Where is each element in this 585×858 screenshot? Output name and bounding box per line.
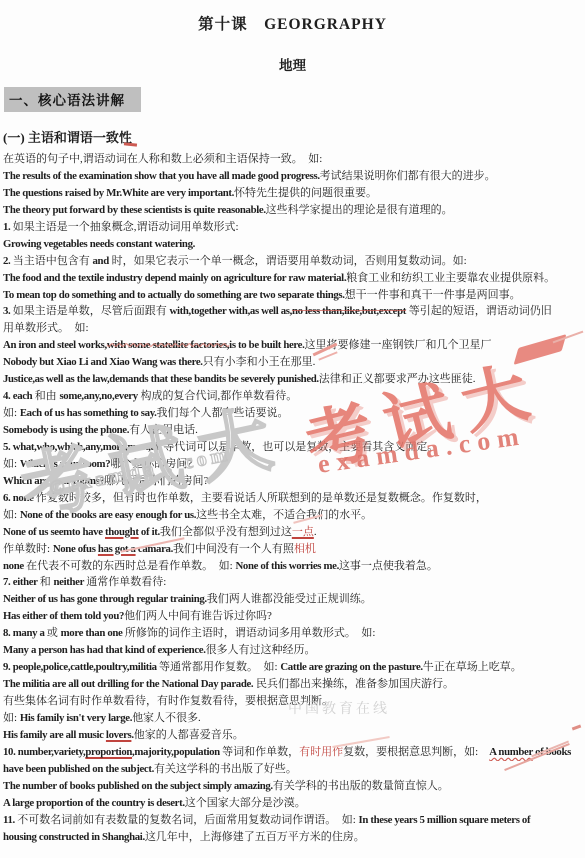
text-segment: 如: — [3, 407, 20, 419]
text-segment: 想干一件事和真干一件事是两回事。 — [345, 289, 521, 301]
text-segment: 4. each — [3, 390, 35, 402]
text-segment: 等引起的短语，谓语动词仍旧 — [406, 305, 552, 317]
body-lines: 在英语的句子中,谓语动词在人称和数上必须和主语保持一致。 如:The resul… — [3, 151, 583, 845]
text-segment: 他们两人中间有谁告诉过你吗? — [124, 610, 272, 622]
text-line: The questions raised by Mr.White are ver… — [3, 185, 583, 202]
text-line: 如: Each of us has something to say.我们每个人… — [3, 405, 583, 422]
text-segment: Many a person has had that kind of exper… — [3, 644, 206, 656]
text-segment: 5. what,who,which,any,more,most,all — [3, 441, 163, 453]
text-segment: 我们全都似乎没有想到过这 — [160, 526, 292, 538]
text-segment: 如果主语是一个抽象概念,谓语动词用单数形式: — [13, 221, 239, 233]
text-segment: 3. — [3, 305, 13, 317]
text-line: housing constructed in Shanghai.这几年中，上海修… — [3, 829, 583, 846]
text-segment: The results of the examination show that… — [3, 170, 320, 182]
text-segment: 或 — [47, 627, 61, 639]
text-segment: 在代表不可数的东西时总是看作单数。 如: — [26, 560, 235, 572]
text-segment: A number — [489, 746, 533, 758]
text-segment: with,together with,as well as, — [170, 305, 292, 317]
text-line: 作单数时: None ofus has got a camara.我们中间没有一… — [3, 541, 583, 558]
text-segment: 和由 — [35, 390, 60, 402]
text-line: Neither of us has gone through regular t… — [3, 591, 583, 608]
text-segment: . — [314, 526, 317, 538]
text-segment: 作复数时较多，但有时也作单数，主要看说话人所联想到的是单数还是复数概念。作复数时… — [36, 492, 487, 504]
text-segment: 我们两人谁都没能受过正规训练。 — [207, 593, 372, 605]
text-segment: 有时用作 — [299, 746, 343, 758]
text-segment: A large proportion of the country is des… — [3, 797, 185, 809]
text-segment: 等通常都用作复数。 如: — [159, 661, 280, 673]
text-line: An iron and steel works,with some statel… — [3, 337, 583, 354]
text-segment: His family isn't very large. — [20, 712, 132, 724]
text-segment: 我们每个人都有些话要说。 — [157, 407, 289, 419]
text-line: The militia are all out drilling for the… — [3, 676, 583, 693]
text-segment: The militia are all out drilling for the… — [3, 678, 253, 690]
text-segment: 等代词可以是单数，也可以是复数，主要看其含义而定。 — [163, 441, 438, 453]
text-segment: and — [93, 255, 109, 267]
text-segment: camara. — [136, 543, 173, 555]
text-line: 如: None of the books are easy enough for… — [3, 507, 583, 524]
text-line: The number of books published on the sub… — [3, 778, 583, 795]
text-segment: 这个国家大部分是沙漠。 — [185, 797, 306, 809]
text-segment: None of this worries me. — [235, 560, 338, 572]
text-segment: None of the books are easy enough for us… — [20, 509, 196, 521]
text-line: 5. what,who,which,any,more,most,all 等代词可… — [3, 439, 583, 456]
text-segment: An iron and steel works, — [3, 339, 107, 351]
text-segment: 一点 — [292, 526, 314, 538]
text-segment: 他家的人都喜爱音乐。 — [134, 729, 244, 741]
text-segment: 11. — [3, 814, 17, 826]
text-line: 6. none 作复数时较多，但有时也作单数，主要看说话人所联想到的是单数还是复… — [3, 490, 583, 507]
text-segment: Cattle are grazing on the pasture. — [280, 661, 422, 673]
text-line: 如: Which is your room?哪个是你的房间? — [3, 456, 583, 473]
text-segment: 用单数形式。 如: — [3, 322, 89, 334]
text-line: 4. each 和由 some,any,no,every 构成的复合代词,都作单… — [3, 388, 583, 405]
text-segment: Neither of us has gone through regular t… — [3, 593, 207, 605]
text-segment: 8. many a — [3, 627, 47, 639]
text-line: Nobody but Xiao Li and Xiao Wang was the… — [3, 354, 583, 371]
text-line: A large proportion of the country is des… — [3, 795, 583, 812]
text-segment: 6. none — [3, 492, 36, 504]
text-line: None of us seemto have thought of it.我们全… — [3, 524, 583, 541]
text-segment: None ofus — [53, 543, 98, 555]
text-segment: ,majority,population — [132, 746, 222, 758]
text-segment: none — [3, 560, 26, 572]
text-segment: 这些科学家提出的理论是很有道理的。 — [266, 204, 453, 216]
text-line: have been published on the subject.有关这学科… — [3, 761, 583, 778]
text-segment: Which is your room? — [20, 458, 110, 470]
text-segment: 牛正在草场上吃草。 — [423, 661, 522, 673]
text-segment: 在英语的句子中,谓语动词在人称和数上必须和主语保持一致。 如: — [3, 153, 322, 165]
text-segment: neither — [54, 576, 87, 588]
text-segment: Growing vegetables needs constant wateri… — [3, 238, 195, 250]
text-line: Growing vegetables needs constant wateri… — [3, 236, 583, 253]
text-line: none 在代表不可数的东西时总是看作单数。 如: None of this w… — [3, 558, 583, 575]
text-line: 11. 不可数名词前如有表数量的复数名词，后面常用复数动词作谓语。 如: In … — [3, 812, 583, 829]
text-line: The theory put forward by these scientis… — [3, 202, 583, 219]
text-segment: 只有小李和小王在那里. — [203, 356, 316, 368]
text-segment: have been published on the subject. — [3, 763, 154, 775]
text-line: 1. 如果主语是一个抽象概念,谓语动词用单数形式: — [3, 219, 583, 236]
text-line: Which are your rooms?哪几间是你们的房间? — [3, 473, 583, 490]
text-segment: 10. number,variety, — [3, 746, 85, 758]
text-segment: thought — [105, 526, 139, 538]
text-segment: Nobody but Xiao Li and Xiao Wang was the… — [3, 356, 203, 368]
text-segment: 有关这学科的书出版了好些。 — [154, 763, 297, 775]
text-segment: 怀特先生提供的问题很重要。 — [234, 187, 377, 199]
text-segment: no less than,like,but,except — [292, 305, 406, 317]
text-line: Many a person has had that kind of exper… — [3, 642, 583, 659]
text-line: 有些集体名词有时作单数看待，有时作复数看待，要根据意思判断。 — [3, 693, 583, 710]
text-segment: In these years 5 million square meters o… — [359, 814, 531, 826]
text-segment: To mean top do something and to actually… — [3, 289, 345, 301]
text-line: 8. many a 或 more than one 所修饰的词作主语时，谓语动词… — [3, 625, 583, 642]
text-line: 2. 当主语中包含有 and 时，如果它表示一个单一概念，谓语要用单数动词，否则… — [3, 253, 583, 270]
text-segment: 这几年中，上海修建了五百万平方米的住房。 — [145, 831, 365, 843]
text-line: The results of the examination show that… — [3, 168, 583, 185]
text-segment: lovers — [106, 729, 131, 741]
text-segment: 这事一点使我着急。 — [339, 560, 438, 572]
text-segment: more than one — [61, 627, 125, 639]
text-segment: 这里将要修建一座钢铁厂和几个卫星厂 — [304, 339, 491, 351]
text-line: 9. people,police,cattle,poultry,militia … — [3, 659, 583, 676]
text-segment: 民兵们都出来操练，准备参加国庆游行。 — [253, 678, 454, 690]
text-line: 用单数形式。 如: — [3, 320, 583, 337]
text-segment: 1. — [3, 221, 13, 233]
text-segment: 不可数名词前如有表数量的复数名词，后面常用复数动词作谓语。 如: — [17, 814, 358, 826]
text-segment: 2. — [3, 255, 13, 267]
text-segment: some,any,no,every — [59, 390, 137, 402]
text-line: To mean top do something and to actually… — [3, 287, 583, 304]
text-segment: 作单数时: — [3, 543, 53, 555]
text-segment: proportion — [85, 746, 132, 758]
text-line: 10. number,variety,proportion,majority,p… — [3, 744, 583, 761]
text-segment: His family are all music — [3, 729, 106, 741]
text-segment: housing constructed in Shanghai. — [3, 831, 145, 843]
text-segment: None of us seemto have — [3, 526, 105, 538]
text-segment: 他家人不很多. — [132, 712, 201, 724]
text-line: 在英语的句子中,谓语动词在人称和数上必须和主语保持一致。 如: — [3, 151, 583, 168]
page-title: 第十课 GEORGRAPHY — [0, 12, 585, 34]
text-segment: 时，如果它表示一个单一概念，谓语要用单数动词，否则用复数动词。如: — [109, 255, 467, 267]
text-segment: 构成的复合代词,都作单数看待。 — [138, 390, 298, 402]
text-segment: 很多人有过这种经历。 — [206, 644, 316, 656]
text-segment: 复数，要根据意思判断，如: — [343, 746, 489, 758]
text-segment: is to be built here. — [229, 339, 304, 351]
text-segment: of books — [533, 746, 571, 758]
text-segment: 有些集体名词有时作单数看待，有时作复数看待，要根据意思判断。 — [3, 695, 333, 707]
text-segment: with some statellite factories, — [107, 339, 229, 351]
text-line: The food and the textile industry depend… — [3, 270, 583, 287]
text-segment: Has either of them told you? — [3, 610, 124, 622]
text-segment: 考试结果说明你们都有很大的进步。 — [320, 170, 496, 182]
text-line: 3. 如果主语是单数，尽管后面跟有 with,together with,as … — [3, 303, 583, 320]
text-segment: 有人在用电话. — [129, 424, 198, 436]
text-segment: of it. — [139, 526, 160, 538]
text-segment: 如果主语是单数，尽管后面跟有 — [13, 305, 170, 317]
text-segment: 9. people,police,cattle,poultry,militia — [3, 661, 159, 673]
text-segment: 当主语中包含有 — [13, 255, 93, 267]
text-segment: 7. either — [3, 576, 40, 588]
text-segment: 如: — [3, 509, 20, 521]
text-segment: The questions raised by Mr.White are ver… — [3, 187, 234, 199]
text-line: Justice,as well as the law,demands that … — [3, 371, 583, 388]
text-segment: 相机 — [294, 543, 316, 555]
subsection-heading: (一) 主语和谓语一致性 — [3, 127, 132, 146]
text-segment: 法律和正义都要求严办这些匪徒. — [319, 373, 476, 385]
text-segment: 通常作单数看待: — [86, 576, 166, 588]
text-segment: 等词和作单数， — [222, 746, 299, 758]
text-segment: Somebody is using the phone. — [3, 424, 129, 436]
text-segment: 哪个是你的房间? — [110, 458, 192, 470]
text-segment: has got a — [98, 543, 136, 555]
page-subtitle: 地理 — [0, 54, 585, 74]
text-segment: Justice,as well as the law,demands that … — [3, 373, 319, 385]
text-segment: Each of us has something to say. — [20, 407, 157, 419]
text-segment: The theory put forward by these scientis… — [3, 204, 266, 216]
text-segment: 哪几间是你们的房间? — [105, 475, 209, 487]
text-segment: 这些书全太难，不适合我们的水平。 — [196, 509, 372, 521]
text-segment: 如: — [3, 712, 20, 724]
text-segment: 粮食工业和纺织工业主要靠农业提供原料。 — [346, 272, 555, 284]
text-line: Has either of them told you?他们两人中间有谁告诉过你… — [3, 608, 583, 625]
text-line: 7. either 和 neither 通常作单数看待: — [3, 574, 583, 591]
text-segment: 和 — [40, 576, 54, 588]
text-line: 如: His family isn't very large.他家人不很多. — [3, 710, 583, 727]
text-line: Somebody is using the phone.有人在用电话. — [3, 422, 583, 439]
text-segment: 有关学科的书出版的数量简直惊人。 — [273, 780, 449, 792]
text-segment: 所修饰的词作主语时，谓语动词多用单数形式。 如: — [125, 627, 376, 639]
text-segment: The food and the textile industry depend… — [3, 272, 346, 284]
section-heading: 一、核心语法讲解 — [4, 87, 141, 112]
text-segment: Which are your rooms? — [3, 475, 105, 487]
text-segment: 如: — [3, 458, 20, 470]
text-segment: 我们中间没有一个人有照 — [173, 543, 294, 555]
text-segment: The number of books published on the sub… — [3, 780, 273, 792]
document-page: 第十课 GEORGRAPHY 地理 一、核心语法讲解 (一) 主语和谓语一致性 … — [0, 0, 585, 858]
text-line: His family are all music lovers.他家的人都喜爱音… — [3, 727, 583, 744]
